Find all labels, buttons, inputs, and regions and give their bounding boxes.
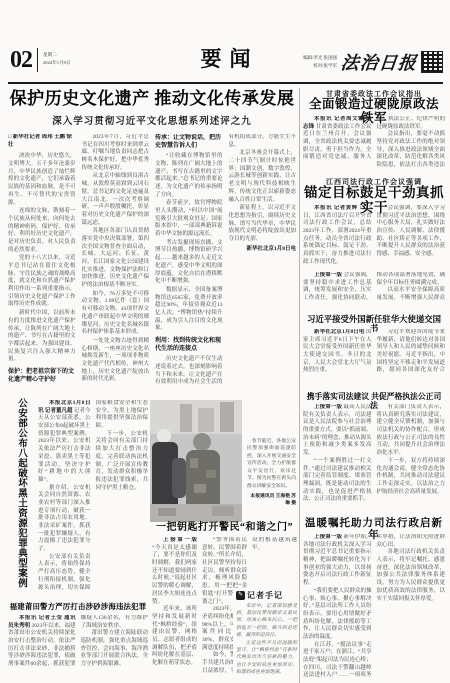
paragraph: 连绵的文脉，镌刻着一个民族从何处来、向何处去的精神密码。保护好、传承好、利用好历… xyxy=(8,208,76,254)
paragraph-text: 新年伊始，各地司法行政机关深入学习贯彻习近平总书记重要指示精神，把温暖嘱托转化为… xyxy=(303,534,372,586)
yaoshi-article: 一把钥匙打开警民“和谐之门” 上接第一版 “今天真是太感谢了，要不是你们及时调解… xyxy=(152,518,297,683)
paragraph: 各地司法行政机关负责人表示，将牢记嘱托、感恩奋进，深化法治领域改革，加强公共法律… xyxy=(377,549,446,603)
article-body: 新华社北京1月8日电 国家主席习近平8日下午在人民大会堂接受外国新任驻华大使递交… xyxy=(303,329,445,388)
paragraph: 采访中，记者深切感受到，基层民警用脚步丈量民情，用真心换来民心。一把钥匙开一把锁… xyxy=(236,603,297,639)
subhead-use: 利用：找到传统文化和现代生活的连接点 xyxy=(155,337,223,353)
continued-lead: 上接第一版 xyxy=(314,534,342,540)
byline-lead: 本报讯 记者黄辉 xyxy=(314,205,358,211)
article-headline: 一把钥匙打开警民“和谐之门” xyxy=(152,518,297,533)
paragraph: 各地区各部门认真贯彻落实党中央决策部署，第四次全国文物普查全面启动，长城、大运河… xyxy=(82,228,150,290)
paragraph: 数据显示，全国备案博物馆达6565家，免费开放率超过90%，年接待观众近13亿人… xyxy=(155,287,223,333)
paragraph-text: “今天真是太感谢了，要不是你们及时调解，我们两家还不知道要闹到什么时候。”说起社… xyxy=(152,545,197,605)
paragraph: 2023年7月，习近平总书记在四川考察时来到翠云廊，叮嘱当地负责同志把古树名木保… xyxy=(82,134,150,172)
subhead-inherit: 传承：让文物说话，把历史智慧告诉人们 xyxy=(155,134,223,150)
notes-body: 采访中，记者深切感受到，基层民警用脚步丈量民情，用真心换来民心。一把钥匙开一把锁… xyxy=(236,603,297,676)
subhead-protect: 保护：把老祖宗留下的文化遗产精心守护好 xyxy=(8,368,76,384)
continued-lead: 上接第一版 xyxy=(314,272,342,278)
notes-header: ✎ 记者手记 xyxy=(236,590,297,601)
paragraph: 习近平欢迎各国使节来华履新，请他们转达对各国领导人和人民的诚挚问候和美好祝愿。习… xyxy=(377,329,446,388)
paragraphs: 习近平欢迎各国使节来华履新，请他们转达对各国领导人和人民的诚挚问候和美好祝愿。习… xyxy=(377,329,446,388)
paragraph: 莆田警方建立海陆联动巡防机制，强化重点海域巡查管控，会同海事、海洋渔业等部门开展… xyxy=(81,630,149,668)
main-headline: 保护历史文化遗产 推动文化传承发展 xyxy=(8,89,296,109)
paragraph: 正是这些平凡而温暖的坚守，让“枫桥经验”在新时代焕发出历久弥新的魅力，也让平安的… xyxy=(236,640,297,676)
paragraph: 下一步，双方将持续深化沟通会商，健全常态化协作机制，共同推动司法建议工作走深走实… xyxy=(377,458,446,496)
editor-line: 编辑/李光 张国强 xyxy=(303,54,337,62)
pen-icon: ✎ xyxy=(236,591,245,600)
news-photo xyxy=(150,400,242,522)
paragraph: 从北京中轴线到良渚古城，从敦煌莫高窟到云冈石窟，总书记的文化足迹遍及大江南北。一… xyxy=(82,173,150,227)
paragraph: 考古发掘现场直播、文博节目热播、博物馆研学兴起……越来越多的人走近文化遗产，感受… xyxy=(155,240,223,286)
continued-article-body: 上接第一版 会议强调，要坚持稳中求进工作总基调，统筹发展和安全，压实工作责任，强… xyxy=(303,272,445,309)
paragraph: 党的十八大以来，习近平总书记站在留住文化根脉、守住民族之魂的战略高度，就文化和自… xyxy=(8,255,76,309)
paragraph: 新征程上，以习近平文化思想为指引，赓续历史文脉、谱写当代华章，中华民族现代文明必… xyxy=(229,205,297,243)
paragraph: 有关部门负责人表示，将认真研究落实司法建议，建立健全反馈机制，加强与司法机关的协… xyxy=(377,404,446,458)
paragraph: 下一步，公安机关将会同有关部门持续加大打击整治力度，完善联动执法机制，广泛开展宣… xyxy=(96,431,149,493)
section-paragraphs: 2023年7月，习近平总书记在四川考察时来到翠云廊，叮嘱当地负责同志把古树名木保… xyxy=(82,134,150,384)
newspaper-page: 02 星期二 2024年1月9日 要闻 编辑/李光 张国强 校对/张学军 法治日… xyxy=(0,0,450,683)
paragraph-text: 最高人民法院有关负责人表示，司法建议是人民法院参与社会治理的重要方式，要以“抓前… xyxy=(303,404,372,456)
header-right: 编辑/李光 张国强 校对/张学军 法治日报 xyxy=(303,49,443,75)
byline: □ 新华社记者 周玮 王鹏 徐壮 xyxy=(8,134,76,149)
dateline-lead: 新华社北京1月8日电 xyxy=(314,329,365,335)
vertical-headline: 公安部公布八起破坏黑土资源犯罪典型案例 xyxy=(8,398,34,598)
paragraph: 会议强调，要深入学习贯彻习近平法治思想，围绕中心服务大局，扎实做好法治宣传、人民… xyxy=(377,205,446,259)
masthead-logo: 法治日报 xyxy=(340,49,419,75)
article-body: 本报北京1月8日讯 记者董凡超 记者今天从公安部获悉，公安部公布8起破坏黑土资源… xyxy=(38,400,148,596)
continued-lead: 上接第一版 xyxy=(314,404,342,410)
intro-paragraphs: 泱泱中华，历史悠久，文明博大。五千多年沧桑岁月，中华民族创造了灿烂辉煌的文化遗产… xyxy=(8,153,76,364)
putian-article: 福建莆田警方严厉打击涉砂涉海违法犯罪 本报讯 记者王莹 通讯员朱秀明 2023年… xyxy=(8,601,148,681)
article-body: 上接第一版 最高人民法院有关负责人表示，司法建议是人民法院参与社会治理的重要方式… xyxy=(303,404,445,513)
qr-code-icon xyxy=(421,51,443,73)
article-body: 本报讯 记者黄辉 1月5日，江西省司法厅召开全省司法行政工作会议，总结2023年… xyxy=(303,205,445,269)
section-paragraphs: “让收藏在博物馆里的文物、陈列在广阔大地上的遗产、书写在古籍里的文字都活起来。”… xyxy=(155,153,223,333)
paragraph: 近年来，该所坚持和发展新时代“枫桥经验”，组建由民警、网格员、志愿者组成的调解队… xyxy=(152,606,197,668)
notes-title: 记者手记 xyxy=(247,590,283,601)
paragraph: “我们要把人民群众的操心事、烦心事、揪心事解决好。”基层司法所工作人员纷纷表示，… xyxy=(303,588,372,642)
paragraph: “让收藏在博物馆里的文物、陈列在广阔大地上的遗产、书写在古籍里的文字都活起来。”… xyxy=(155,153,223,199)
paragraph: 春节前夕，故宫博物院里人头攒动，“何以中国”展览吸引大批观众驻足；国家版本馆中，… xyxy=(155,200,223,238)
paragraphs: 会议强调，要深入学习贯彻习近平法治思想，围绕中心服务大局，扎实做好法治宣传、人民… xyxy=(377,205,446,269)
photo-credit: 本报通讯员 王海艳 苏琳 摄 xyxy=(247,493,296,508)
paragraph: 泱泱中华，历史悠久，文明博大。五千多年沧桑岁月，中华民族创造了灿烂辉煌的文化遗产… xyxy=(8,153,76,207)
paragraphs: 莆田警方建立海陆联动巡防机制，强化重点海域巡查管控，会同海事、海洋渔业等部门开展… xyxy=(81,630,149,668)
right-column: 甘肃省委政法工作会议指出 全面锻造过硬陇原政法铁军 本报讯 记者周文馨 赵志锋 … xyxy=(303,88,445,683)
paragraph: 如今，76万多处不可移动文物、1.08亿件（套）国有可移动文物、43项世界文化遗… xyxy=(82,291,150,337)
paragraph-text: 国家主席习近平8日下午在人民大会堂接受外国新任驻华大使递交国书。冬日的北京，人民… xyxy=(303,329,372,373)
paragraph: “一个案例胜过一打文件。”通过司法建议推动相关部门完善监管制度、堵塞管理漏洞，既… xyxy=(303,458,372,504)
photo-image xyxy=(150,400,242,522)
main-article-header: 保护历史文化遗产 推动文化传承发展 深入学习贯彻习近平文化思想系列述评之九 xyxy=(8,89,296,127)
photo-caption: 春节临近，各地公安民警加强街面巡逻防控，深入开展交通安全宣传活动，全力护航群众平… xyxy=(247,438,296,490)
paragraph-text: 1月5日，江西省司法厅召开全省司法行政工作会议，总结2023年工作，部署2024… xyxy=(303,205,372,265)
article-body: 上接第一版 新年伊始，各地司法行政机关深入学习贯彻习近平总书记重要指示精神，把温… xyxy=(303,534,445,683)
reporter-notes: ✎ 记者手记 采访中，记者深切感受到，基层民警用脚步丈量民情，用真心换来民心。一… xyxy=(233,588,297,683)
article-body: 本报讯 记者周文馨 赵志锋 甘肃省委政法工作会议近日在兰州召开。会议强调，全省政… xyxy=(303,116,445,173)
main-subtitle: 深入学习贯彻习近平文化思想系列述评之九 xyxy=(8,113,296,127)
column-divider xyxy=(299,88,300,683)
article-headline: 福建莆田警方严厉打击涉砂涉海违法犯罪 xyxy=(8,601,148,612)
paragraph: 北京冬奥会开幕式上，二十四节气倒计时惊艳世界；国潮文创、数字敦煌、云游长城等创新… xyxy=(229,150,297,204)
paragraph: 新时代中国，以前所未有的力度推进文化遗产保护传承，让陈列在广阔大地上的遗产、书写… xyxy=(8,310,76,364)
gongan-article: 公安部公布八起破坏黑土资源犯罪典型案例 本报北京1月8日讯 记者董凡超 记者今天… xyxy=(8,398,148,598)
paragraph: 据介绍，公安机关会同自然资源、农业农村等部门深入推进专项行动，破获一批非法占用农… xyxy=(38,485,91,554)
editors-block: 编辑/李光 张国强 校对/张学军 xyxy=(303,54,337,70)
main-article-body: □ 新华社记者 周玮 王鹏 徐壮 泱泱中华，历史悠久，文明博大。五千多年沧桑岁月… xyxy=(8,134,296,394)
proofreader-line: 校对/张学军 xyxy=(303,62,337,70)
paragraph-text: 记者今天从公安部获悉，公安部公布8起破坏黑土资源犯罪典型案例。2023年以来，公… xyxy=(38,408,91,483)
header-divider xyxy=(8,82,443,84)
article-body: 本报讯 记者王莹 通讯员朱秀明 2023年以来，福建省莆田市公安机关持续深化治安… xyxy=(8,615,148,681)
dateline: 新华社北京1月8日电 xyxy=(229,246,297,254)
continued-lead: 上接第一版 xyxy=(163,537,197,543)
page-header: 02 星期二 2024年1月9日 要闻 编辑/李光 张国强 校对/张学军 法治日… xyxy=(8,46,443,80)
paragraph: 一处处文物古迹得到精心修缮，一座座历史文化名城焕发新生，一项项非物质文化遗产代代… xyxy=(82,338,150,384)
photo-caption-block: 春节临近，各地公安民警加强街面巡逻防控，深入开展交通安全宣传活动，全力护航群众平… xyxy=(247,438,296,508)
